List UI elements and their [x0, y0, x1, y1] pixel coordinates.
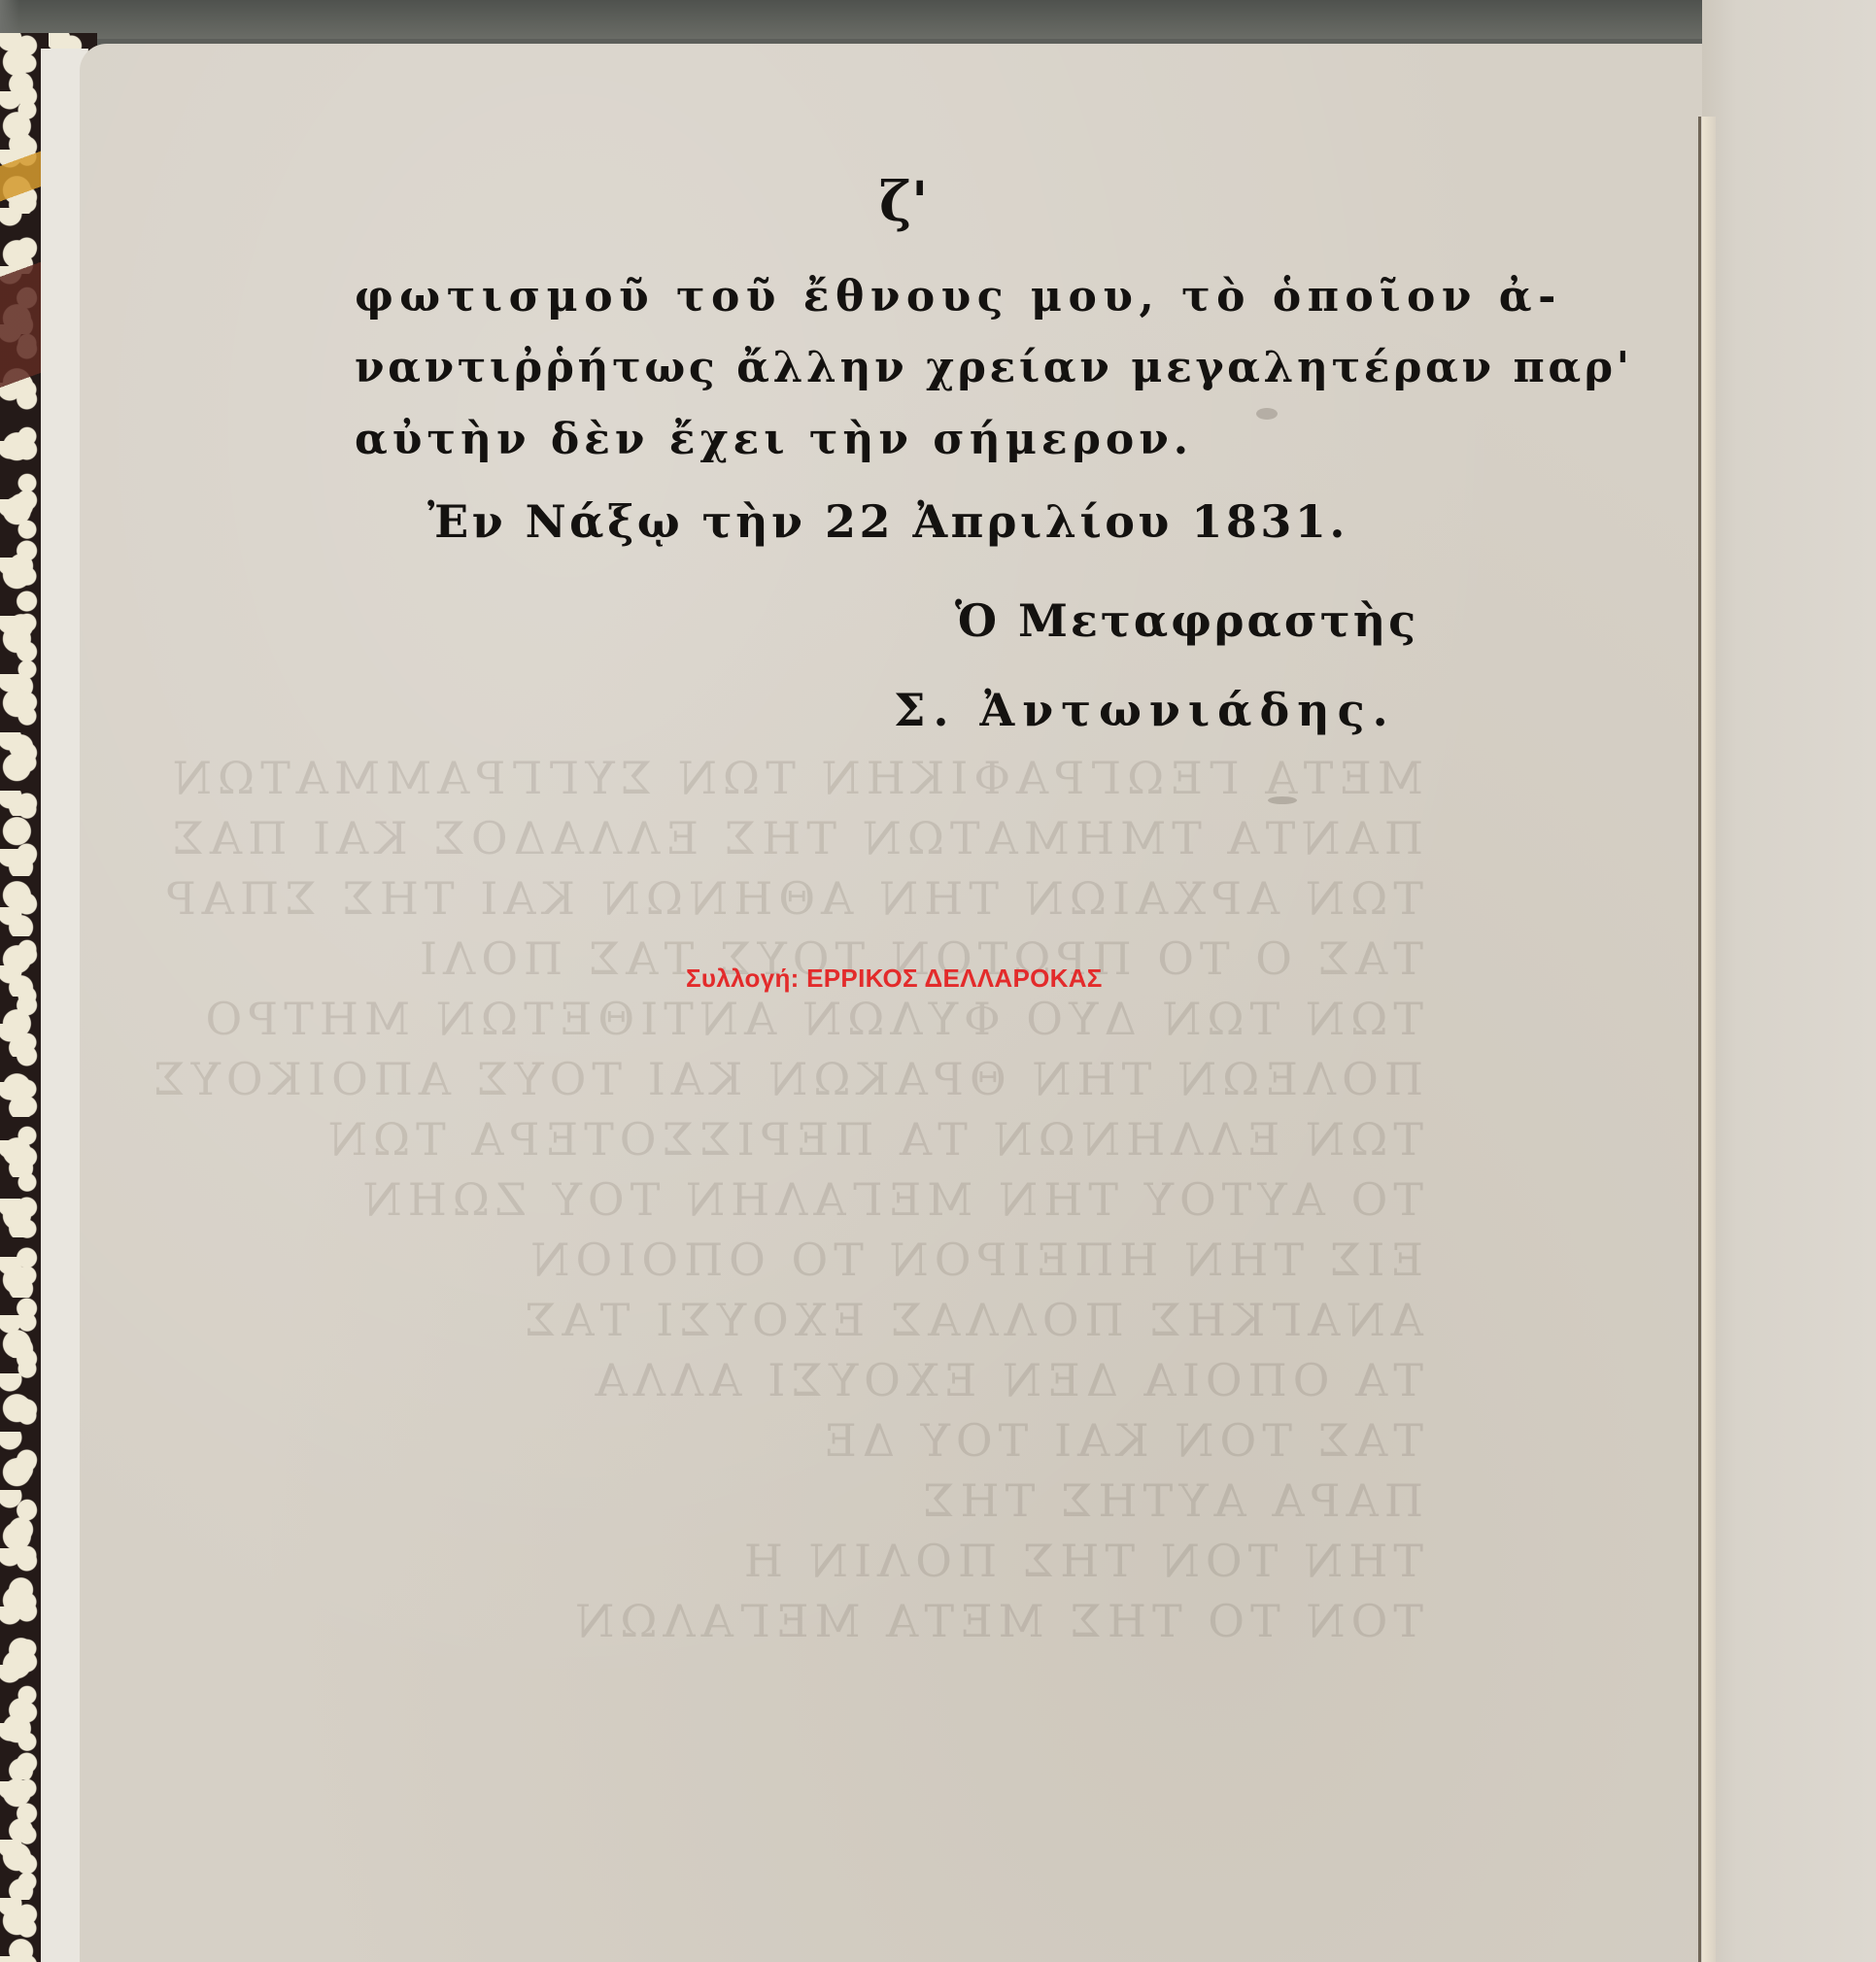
collection-watermark: Συλλογή: ΕΡΡΙΚΟΣ ΔΕΛΛΑΡΟΚΑΣ — [686, 964, 1103, 994]
signature-name: Σ. Ἀντωνιάδης. — [894, 684, 1396, 736]
page-fold-line — [1698, 117, 1701, 1962]
book-gutter — [1702, 0, 1876, 1962]
background-shadow — [0, 0, 1876, 39]
page-number: ζ' — [879, 170, 928, 234]
body-line-1: φωτισμοῦ τοῦ ἔθνους μου, τὸ ὁποῖον ἀ- — [355, 272, 1562, 321]
body-line-3: αὐτὴν δὲν ἔχει τὴν σήμερον. — [355, 415, 1193, 464]
dateline: Ἐν Νάξῳ τὴν 22 Ἀπριλίου 1831. — [427, 495, 1348, 548]
ink-stain — [1268, 796, 1297, 804]
page-fold-highlight — [1702, 117, 1716, 1962]
show-through-text: ΜΕΤΑ ΓΕΩΓΡΑΦΙΚΗΝ ΤΩΝ ΣΥΓΓΡΑΜΜΑΤΩΝ ΠΑΝΤΑ … — [374, 748, 1423, 1651]
body-line-2: ναντιῤῥήτως ἄλλην χρείαν μεγαλητέραν παρ… — [355, 343, 1633, 392]
ink-stain — [1256, 408, 1278, 420]
signature-role: Ὁ Μεταφραστὴς — [955, 594, 1418, 647]
